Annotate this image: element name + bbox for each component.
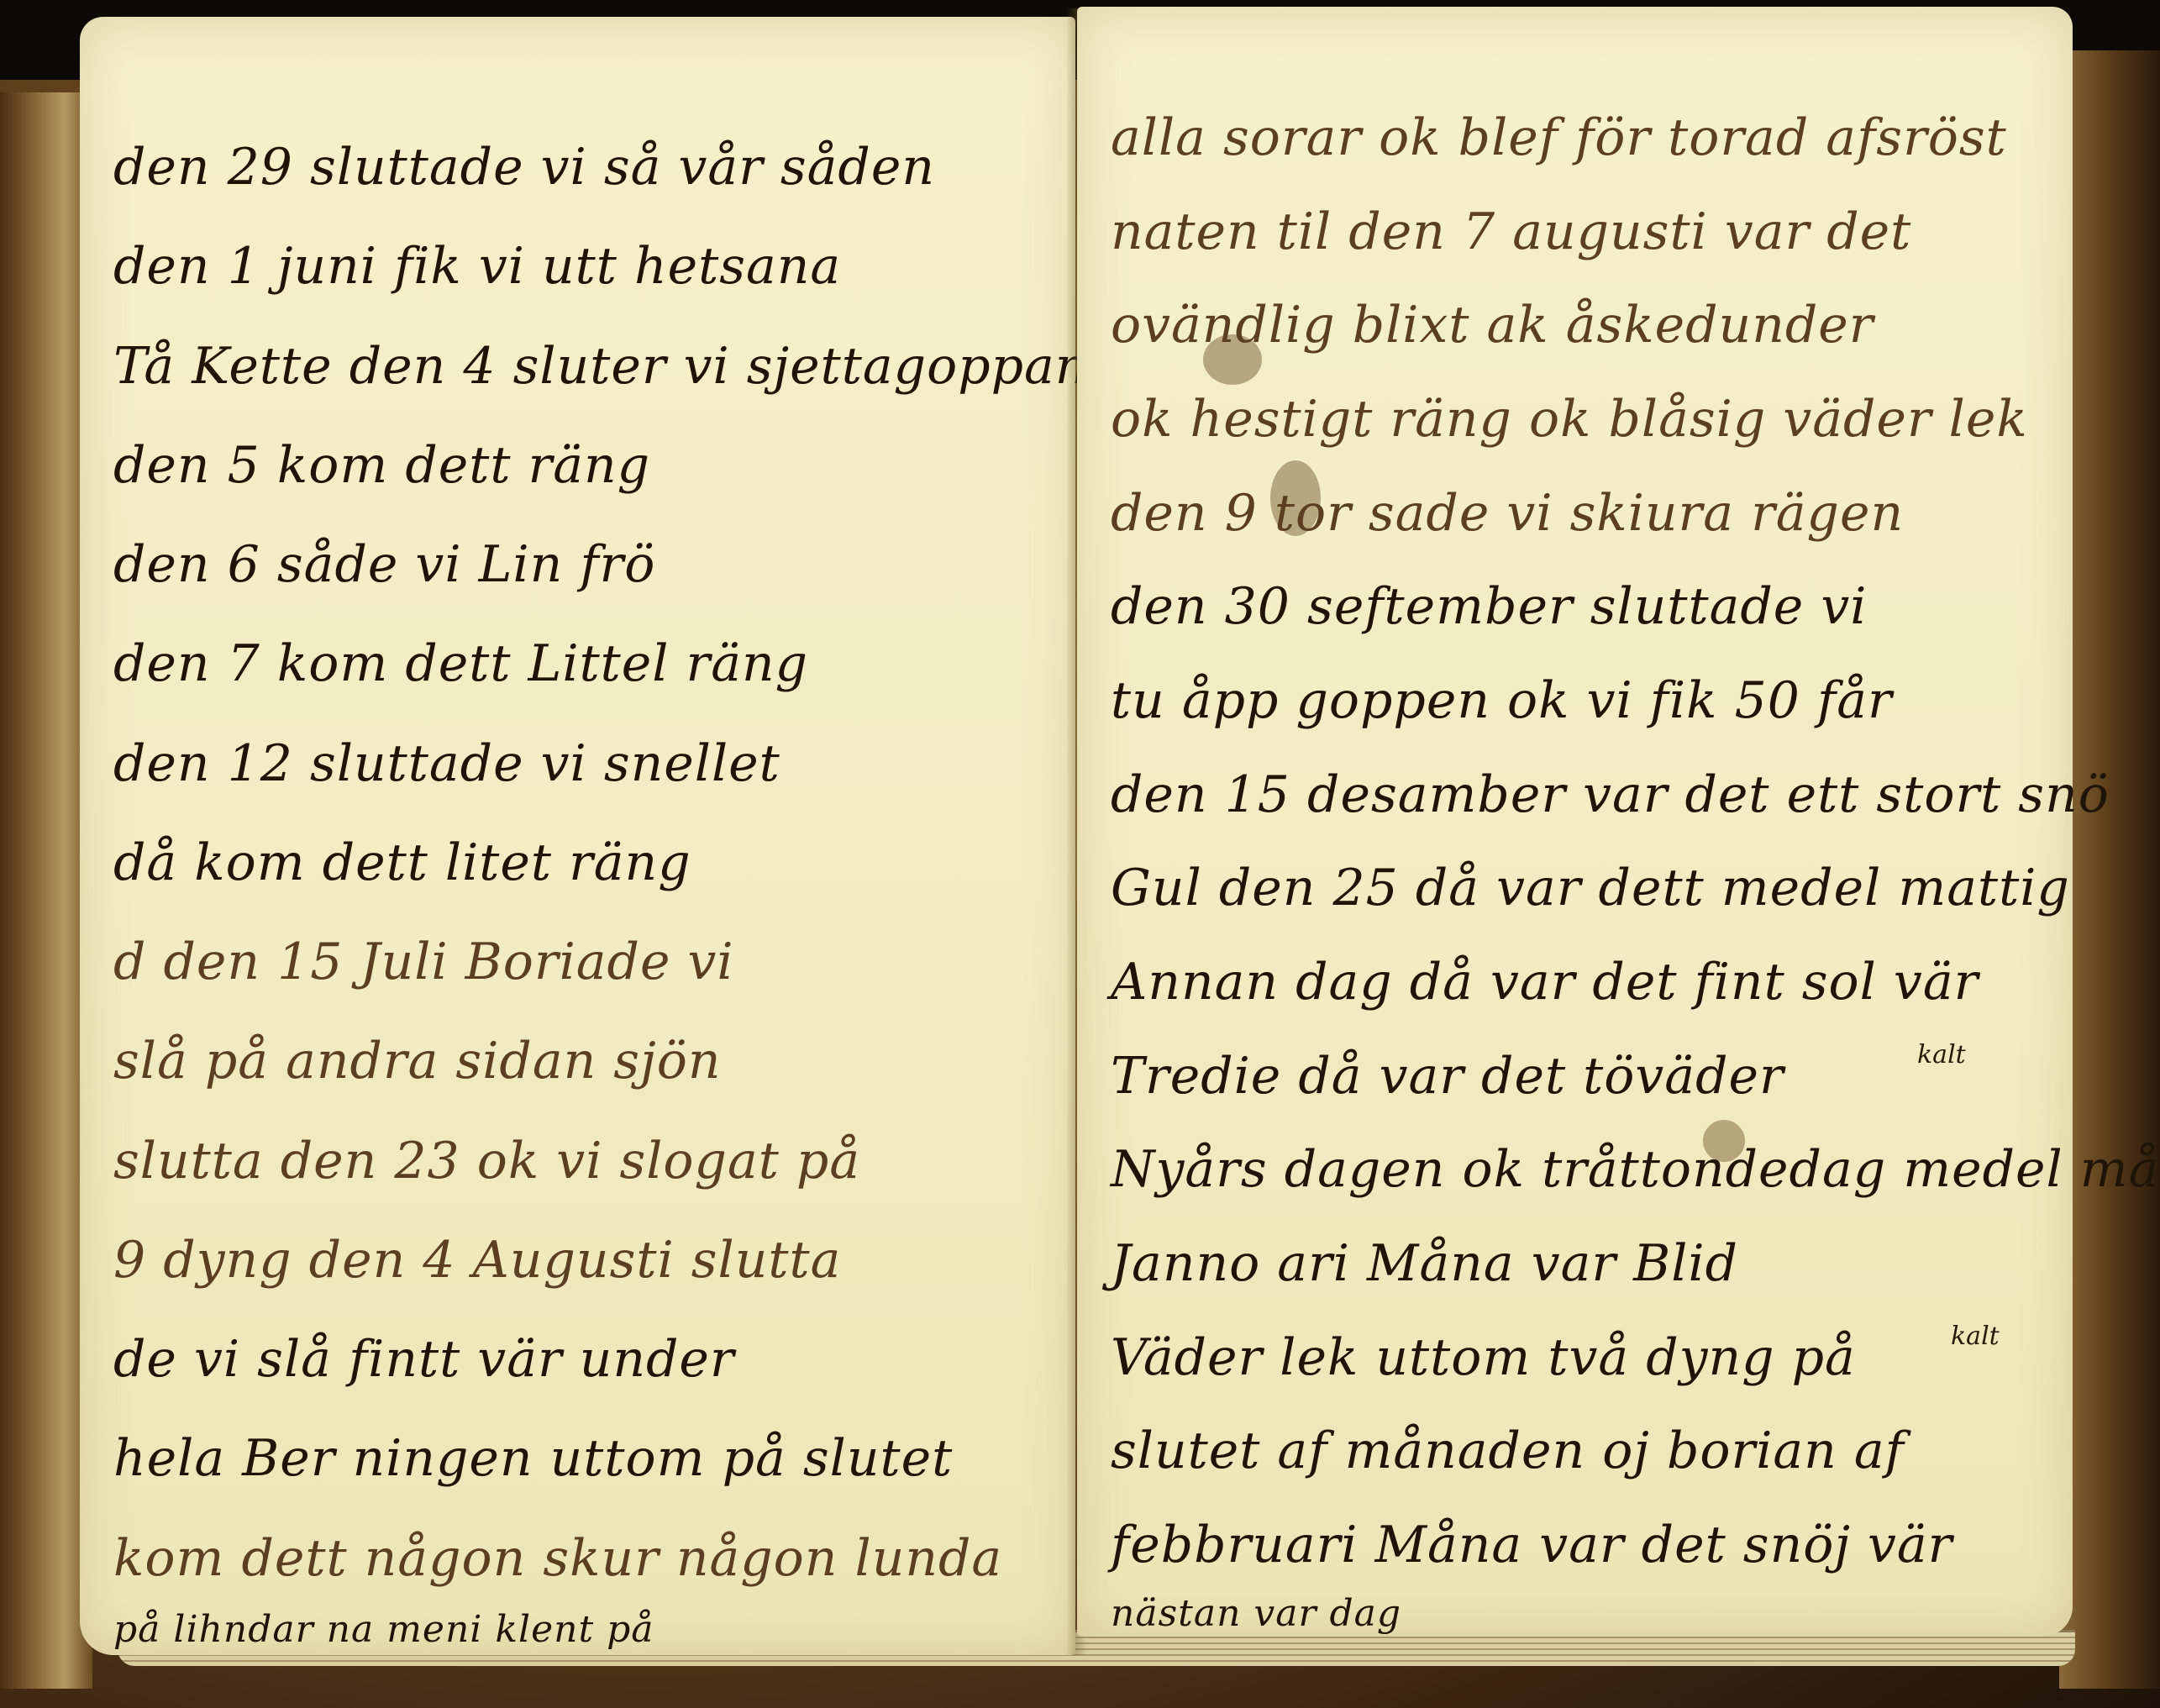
text-line: hela Ber ningen uttom på slutet	[113, 1409, 1042, 1508]
right-page-text: alla sorar ok blef för torad afsröst nat…	[1077, 7, 2073, 1637]
text-line: febbruari Måna var det snöj vär	[1111, 1498, 2039, 1592]
text-line: Tå Kette den 4 sluter vi sjettagoppan	[113, 317, 1042, 416]
text-line: den 29 sluttade vi så vår såden	[113, 118, 1042, 217]
text-line: slutet af månaden oj borian af	[1111, 1404, 2039, 1498]
text-line: den 5 kom dett räng	[113, 416, 1042, 515]
text-line: ok hestigt räng ok blåsig väder lek	[1111, 372, 2039, 466]
text-line: den 6 såde vi Lin frö	[113, 515, 1042, 614]
text-line: Gul den 25 då var dett medel mattig	[1111, 841, 2039, 935]
text-line: Janno ari Måna var Blid	[1111, 1217, 2039, 1311]
text-line: Tredie då var det töväder	[1111, 1029, 2039, 1123]
text-line: naten til den 7 augusti var det	[1111, 185, 2039, 279]
cover-edge-right	[2059, 50, 2160, 1689]
text-line: alla sorar ok blef för torad afsröst	[1111, 91, 2039, 185]
text-line: de vi slå fintt vär under	[113, 1310, 1042, 1409]
margin-annotation: kalt	[1951, 1322, 2000, 1351]
text-line: nästan var dag	[1111, 1592, 2039, 1637]
text-line: Annan dag då var det fint sol vär	[1111, 935, 2039, 1029]
text-line: den 9 tor sade vi skiura rägen	[1111, 466, 2039, 560]
text-line: den 1 juni fik vi utt hetsana	[113, 217, 1042, 316]
text-line: ovändlig blixt ak åskedunder	[1111, 278, 2039, 372]
left-page: den 29 sluttade vi så vår såden den 1 ju…	[80, 17, 1075, 1655]
text-line: den 15 desamber var det ett stort snö	[1111, 748, 2039, 842]
text-line: på lihndar na meni klent på	[113, 1608, 1042, 1655]
text-line: Nyårs dagen ok tråttondedag medel mått	[1111, 1122, 2039, 1217]
text-line: 9 dyng den 4 Augusti slutta	[113, 1211, 1042, 1310]
left-page-text: den 29 sluttade vi så vår såden den 1 ju…	[80, 17, 1075, 1655]
text-line: Väder lek uttom två dyng på	[1111, 1311, 2039, 1405]
text-line: den 7 kom dett Littel räng	[113, 614, 1042, 713]
text-line: den 12 sluttade vi snellet	[113, 714, 1042, 813]
cover-spine-left	[0, 92, 92, 1689]
text-line: d den 15 Juli Boriade vi	[113, 912, 1042, 1012]
text-line: den 30 seftember sluttade vi	[1111, 560, 2039, 654]
text-line: kom dett någon skur någon lunda	[113, 1509, 1042, 1608]
right-page: alla sorar ok blef för torad afsröst nat…	[1077, 7, 2073, 1637]
text-line: tu åpp goppen ok vi fik 50 får	[1111, 654, 2039, 748]
text-line: slå på andra sidan sjön	[113, 1012, 1042, 1111]
text-line: slutta den 23 ok vi slogat på	[113, 1112, 1042, 1211]
margin-annotation: kalt	[1917, 1040, 1966, 1069]
text-line: då kom dett litet räng	[113, 813, 1042, 912]
